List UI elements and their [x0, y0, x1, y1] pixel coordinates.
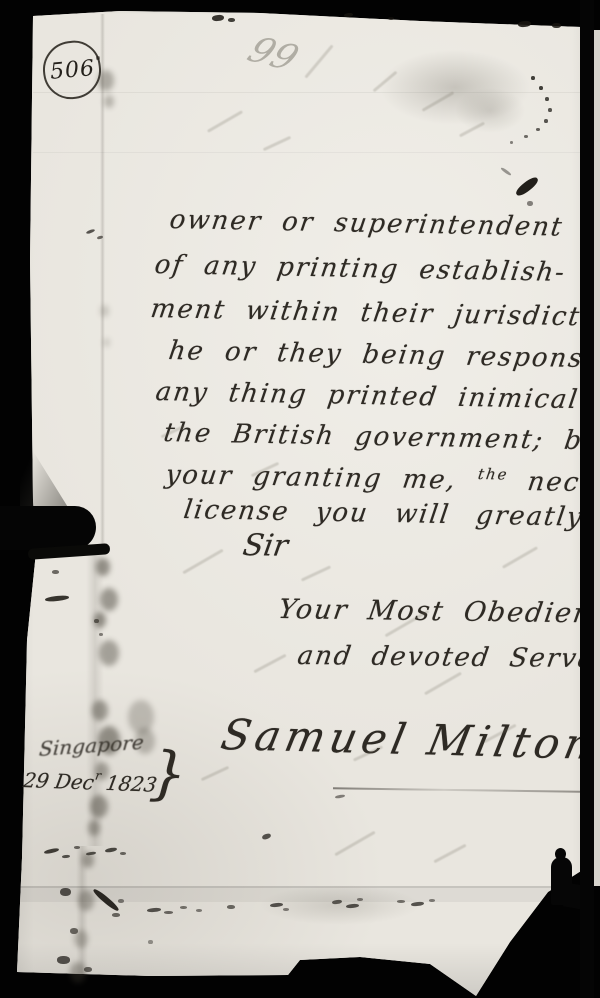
ink-speckle: [344, 12, 353, 17]
binding-gutter: [580, 0, 594, 998]
binding-knob-shadow: [563, 883, 585, 910]
edge-notch: [0, 506, 96, 550]
adjacent-page-sliver: [594, 30, 600, 886]
page-number: 506: [48, 56, 95, 85]
paper-sheet: [0, 0, 600, 998]
scanned-letter-page: 99 owner or superintendent of any printi…: [0, 0, 600, 998]
